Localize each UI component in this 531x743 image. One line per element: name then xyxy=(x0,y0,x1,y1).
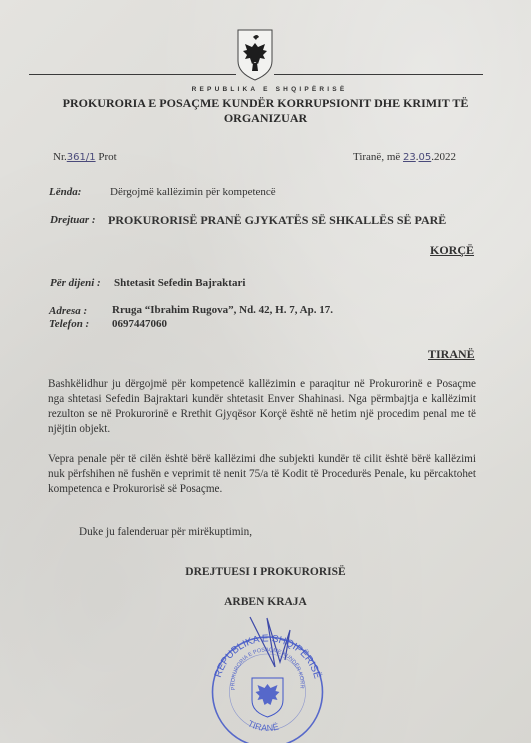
header-rule-right xyxy=(274,74,483,75)
albanian-eagle-emblem-icon xyxy=(237,29,273,81)
addressed-label: Drejtuar : xyxy=(50,214,96,226)
stamp-inner-text: PROKURORIA E POSAÇME KUNDËR KORRUPSIONIT… xyxy=(205,620,305,691)
svg-text:REPUBLIKA E SHQIPËRISË: REPUBLIKA E SHQIPËRISË xyxy=(213,633,324,680)
date-year: 2022 xyxy=(434,151,456,163)
recipient-city: TIRANË xyxy=(428,347,475,362)
recipient-value: Shtetasit Sefedin Bajraktari xyxy=(114,277,245,289)
date-month: 05 xyxy=(419,152,432,163)
phone-value: 0697447060 xyxy=(112,318,167,330)
subject-label: Lënda: xyxy=(49,186,81,198)
recipient-label: Për dijeni : xyxy=(50,277,101,289)
date-day: 23 xyxy=(403,152,416,163)
signatory-name: ARBEN KRAJA xyxy=(0,596,531,608)
phone-label: Telefon : xyxy=(49,318,89,330)
address-label: Adresa : xyxy=(49,305,87,317)
protocol-number: Nr.361/1 Prot xyxy=(53,151,117,163)
address-value: Rruga “Ibrahim Rugova”, Nd. 42, H. 7, Ap… xyxy=(112,304,333,316)
addressed-city: KORÇË xyxy=(430,243,474,258)
institution-heading: PROKURORIA E POSAÇME KUNDËR KORRUPSIONIT… xyxy=(0,96,531,126)
document-date: Tiranë, më 23.05.2022 xyxy=(353,151,456,163)
subject-value: Dërgojmë kallëzimin për kompetencë xyxy=(110,186,276,198)
closing-line: Duke ju falenderuar për mirëkuptimin, xyxy=(79,526,252,538)
addressed-value: PROKURORISË PRANË GJYKATËS SË SHKALLËS S… xyxy=(108,213,446,228)
svg-text:TIRANË: TIRANË xyxy=(246,718,279,733)
institution-line-1: PROKURORIA E POSAÇME KUNDËR KORRUPSIONIT… xyxy=(0,96,531,111)
header-rule-left xyxy=(29,74,236,75)
protocol-value: 361/1 xyxy=(67,152,96,163)
institution-line-2: ORGANIZUAR xyxy=(0,111,531,126)
official-stamp: REPUBLIKA E SHQIPËRISË PROKURORIA E POSA… xyxy=(205,620,330,743)
protocol-prefix: Nr. xyxy=(53,151,67,163)
body-paragraph-1: Bashkëlidhur ju dërgojmë për kompetencë … xyxy=(48,377,476,437)
body-paragraph-2: Vepra penale për të cilën është bërë kal… xyxy=(48,452,476,497)
republic-heading: REPUBLIKA E SHQIPËRISË xyxy=(0,86,531,93)
protocol-suffix: Prot xyxy=(98,151,116,163)
svg-text:PROKURORIA E POSAÇME KUNDËR KO: PROKURORIA E POSAÇME KUNDËR KORRUPSIONIT… xyxy=(205,620,305,691)
stamp-outer-text: REPUBLIKA E SHQIPËRISË xyxy=(213,633,324,680)
date-prefix: Tiranë, më xyxy=(353,151,400,163)
stamp-bottom-text: TIRANË xyxy=(246,718,279,733)
signatory-title: DREJTUESI I PROKURORISË xyxy=(0,566,531,578)
